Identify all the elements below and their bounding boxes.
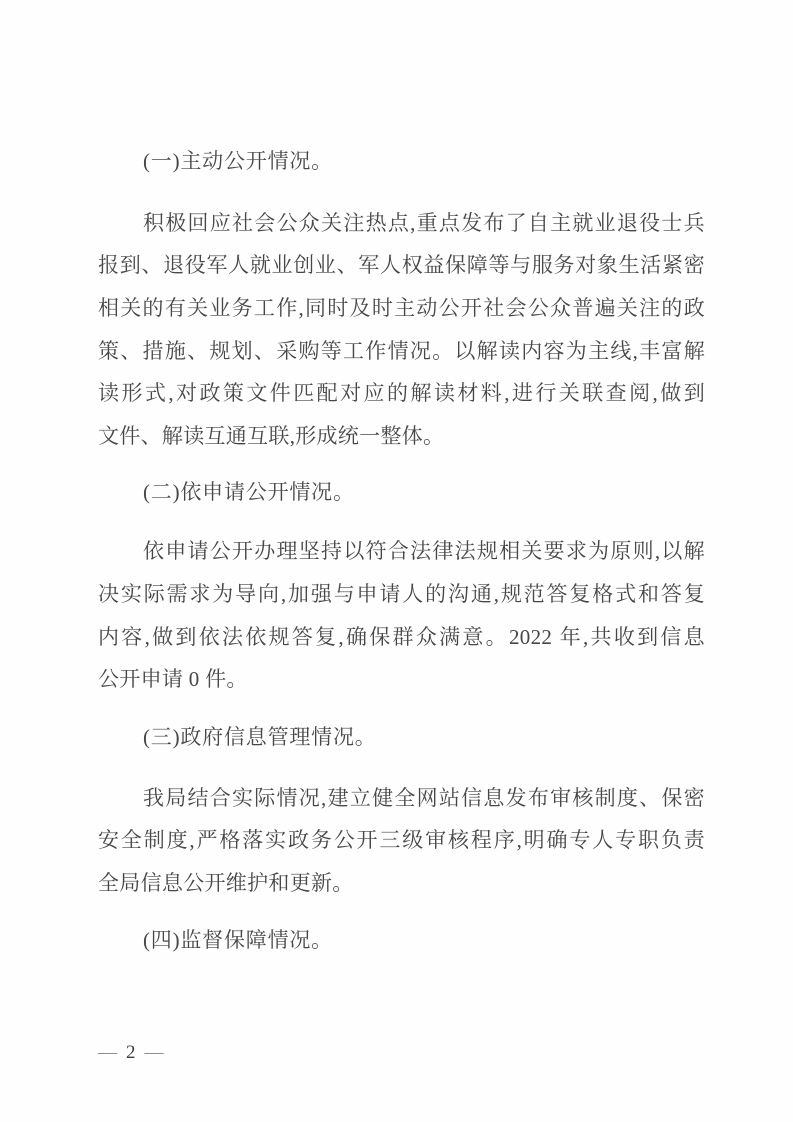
section-heading-3: (三)政府信息管理情况。 bbox=[143, 726, 377, 749]
paragraph-line: 文件、解读互通互联,形成统一整体。 bbox=[98, 425, 705, 448]
paragraph-line: 内容,做到依法依规答复,确保群众满意。2022 年,共收到信息 bbox=[98, 626, 705, 649]
footer-right-dash: — bbox=[145, 1042, 164, 1063]
paragraph-line: 积极回应社会公众关注热点,重点发布了自主就业退役士兵 bbox=[98, 212, 705, 235]
footer-left-dash: — bbox=[98, 1042, 117, 1063]
paragraph-line: 公开申请 0 件。 bbox=[98, 668, 705, 691]
paragraph-line: 依申请公开办理坚持以符合法律法规相关要求为原则,以解 bbox=[98, 540, 705, 563]
paragraph-line: 我局结合实际情况,建立健全网站信息发布审核制度、保密 bbox=[98, 787, 705, 810]
paragraph-line: 决实际需求为导向,加强与申请人的沟通,规范答复格式和答复 bbox=[98, 583, 705, 606]
paragraph-line: 策、措施、规划、采购等工作情况。以解读内容为主线,丰富解 bbox=[98, 340, 705, 363]
paragraph-line: 报到、退役军人就业创业、军人权益保障等与服务对象生活紧密 bbox=[98, 254, 705, 277]
section-heading-4: (四)监督保障情况。 bbox=[143, 929, 333, 952]
paragraph-line: 相关的有关业务工作,同时及时主动公开社会公众普遍关注的政 bbox=[98, 297, 705, 320]
paragraph-line: 全局信息公开维护和更新。 bbox=[98, 872, 705, 895]
paragraph-line: 安全制度,严格落实政务公开三级审核程序,明确专人专职负责 bbox=[98, 829, 705, 852]
page-number: 2 bbox=[126, 1042, 136, 1063]
page-number-footer: —2— bbox=[98, 1042, 164, 1064]
section-heading-2: (二)依申请公开情况。 bbox=[143, 481, 355, 504]
document-page: (一)主动公开情况。 积极回应社会公众关注热点,重点发布了自主就业退役士兵 报到… bbox=[0, 0, 793, 1122]
paragraph-line: 读形式,对政策文件匹配对应的解读材料,进行关联查阅,做到 bbox=[98, 382, 705, 405]
section-heading-1: (一)主动公开情况。 bbox=[143, 150, 333, 173]
